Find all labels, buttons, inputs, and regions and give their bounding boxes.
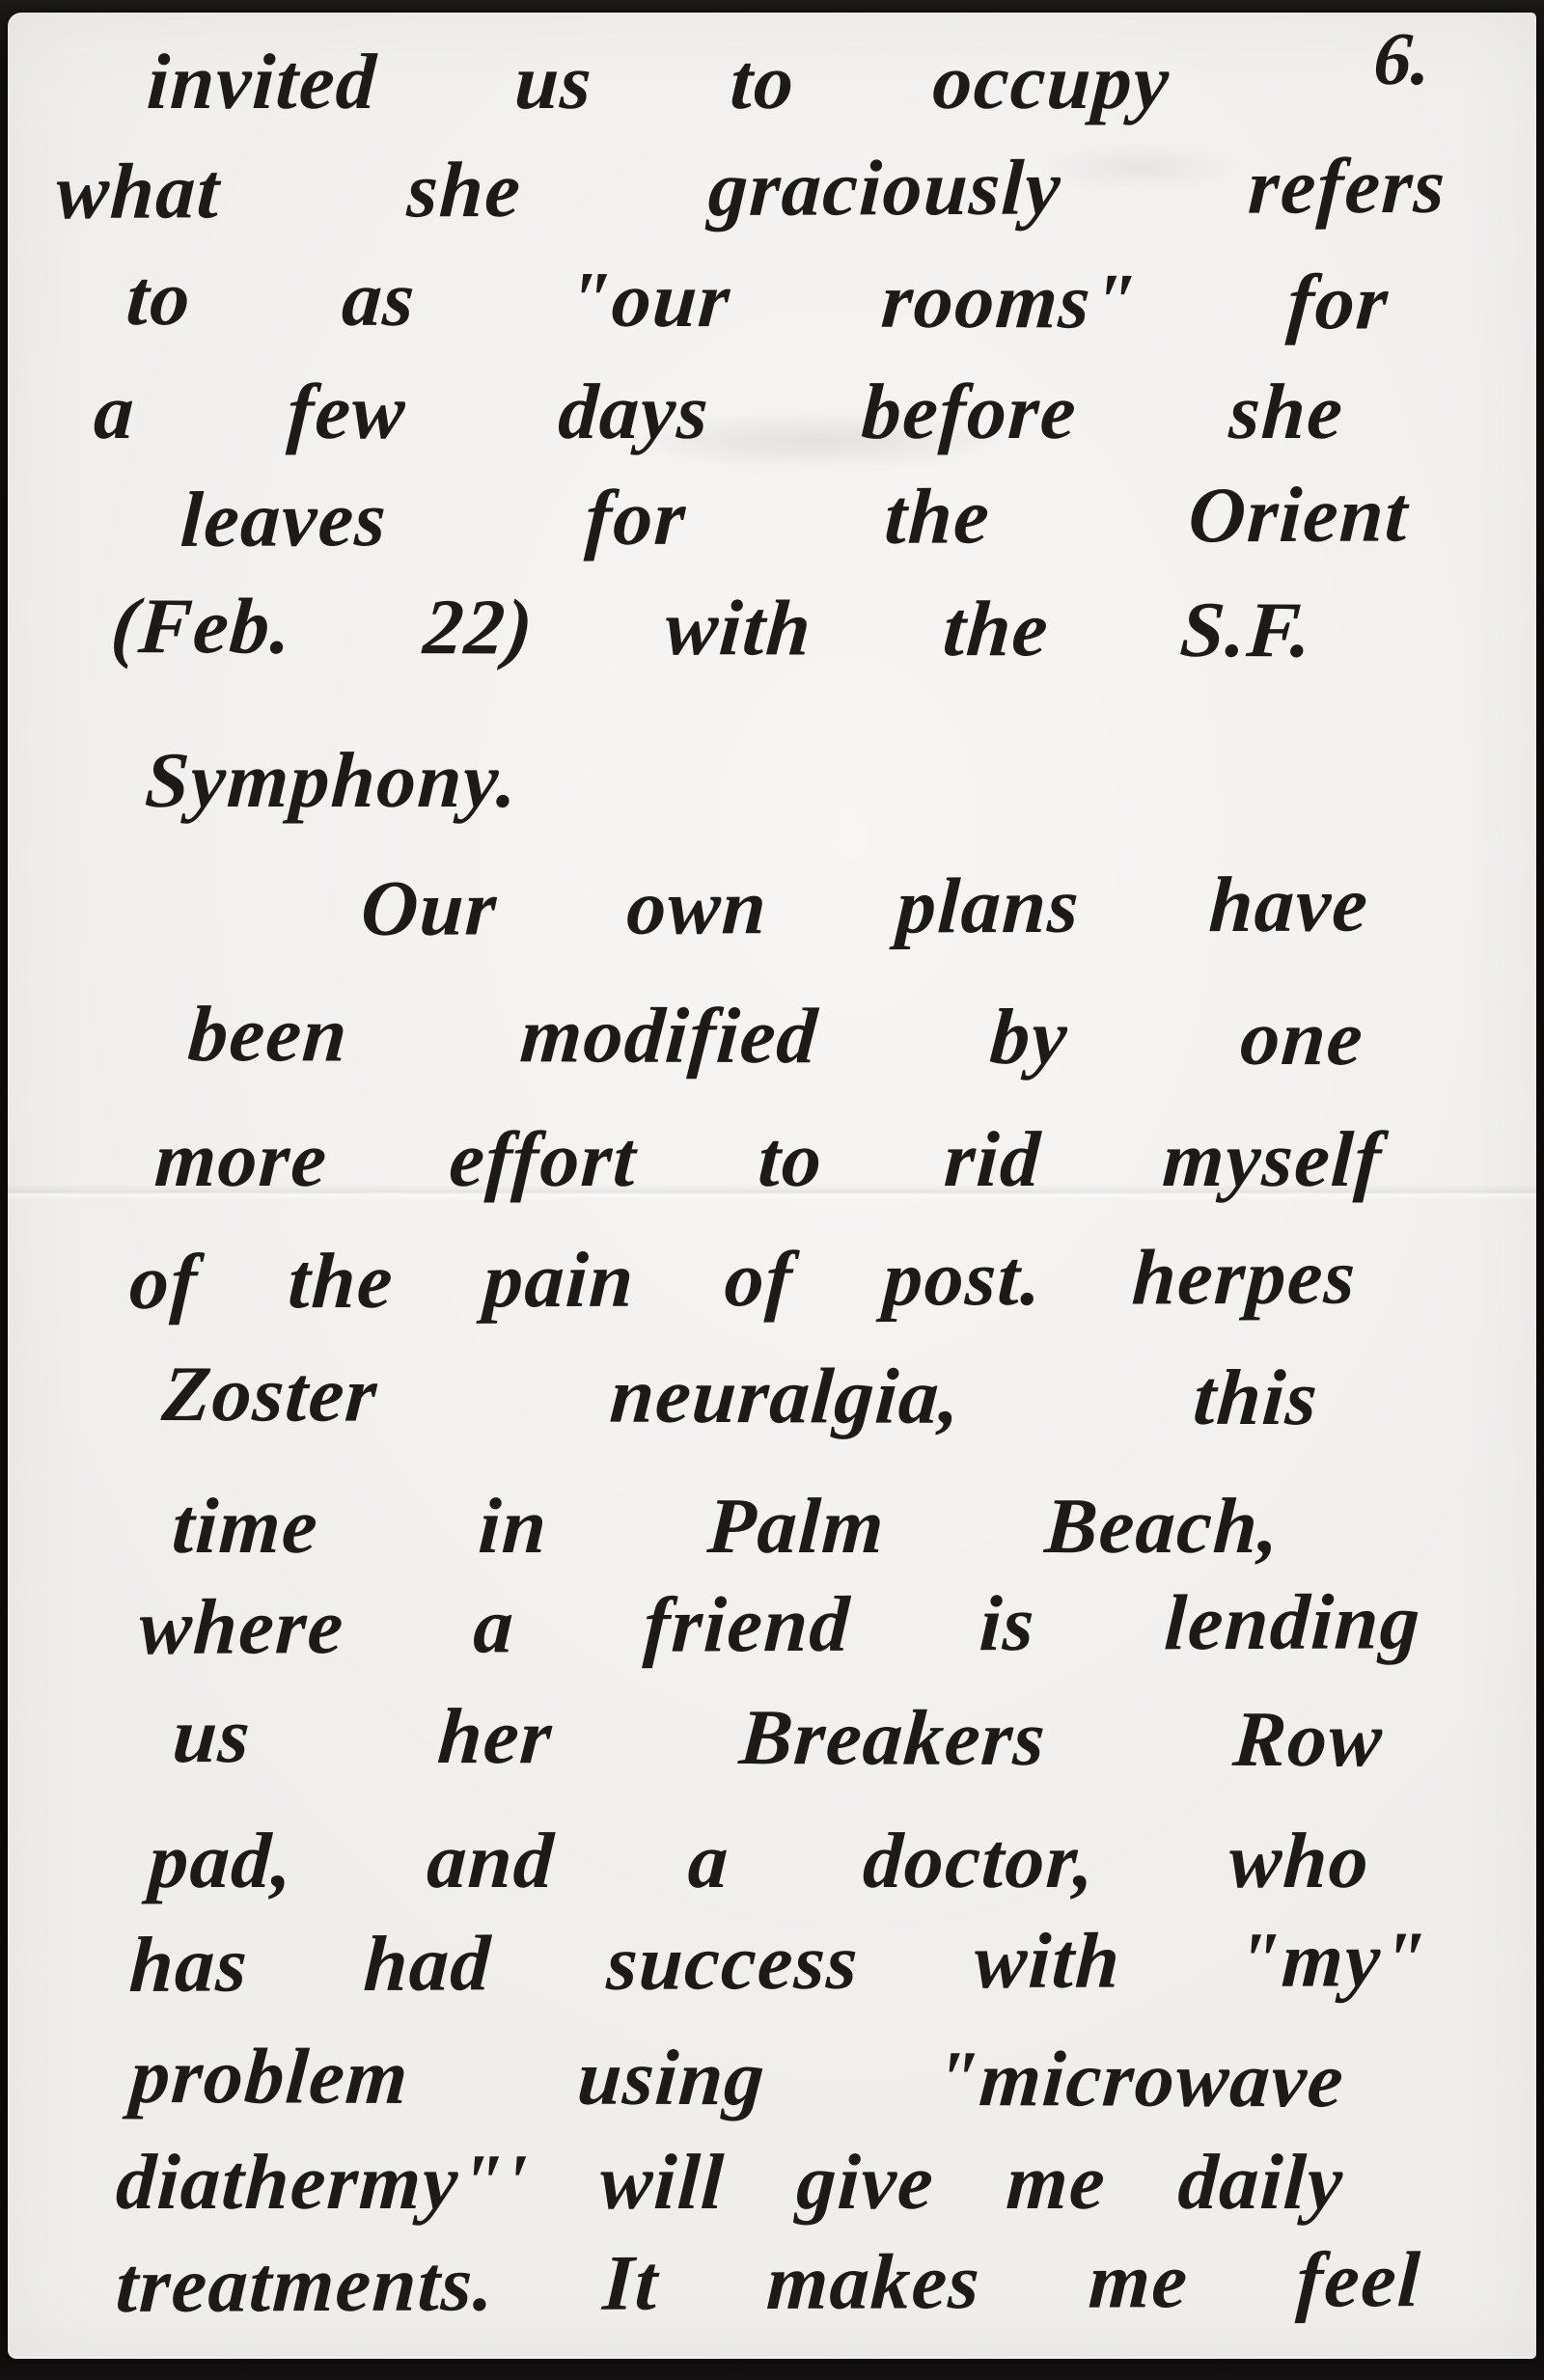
handwriting-line: Symphony. — [143, 735, 520, 826]
letter-scan: 6. invited us to occupy what she graciou… — [0, 0, 1544, 2380]
handwriting-layer: 6. invited us to occupy what she graciou… — [0, 0, 1544, 2380]
handwriting-line: treatments. It makes me feel — [114, 2234, 1423, 2331]
handwriting-line: to as "our rooms" for — [124, 253, 1392, 348]
handwriting-line: of the pain of post. herpes — [127, 1231, 1359, 1327]
handwriting-line: us her Breakers Row — [170, 1690, 1387, 1786]
handwriting-line: been modified by one — [185, 989, 1367, 1084]
handwriting-line: Our own plans have — [359, 859, 1371, 954]
handwriting-line: has had success with "my" — [127, 1914, 1429, 2011]
handwriting-line: time in Palm Beach, — [170, 1481, 1282, 1572]
handwriting-line: invited us to occupy — [145, 37, 1172, 127]
handwriting-line: more effort to rid myself — [152, 1114, 1385, 1205]
handwriting-line: (Feb. 22) with the S.F. — [108, 581, 1316, 676]
handwriting-line: diathermy"' will give me daily — [114, 2137, 1346, 2228]
handwriting-line: a few days before she — [92, 367, 1346, 457]
handwriting-line: Zoster neuralgia, this — [159, 1349, 1322, 1443]
page-number: 6. — [1371, 15, 1434, 102]
handwriting-line: pad, and a doctor, who — [147, 1816, 1372, 1906]
handwriting-line: problem using "microwave — [127, 2031, 1348, 2126]
handwriting-line: where a friend is lending — [137, 1576, 1423, 1673]
handwriting-line: what she graciously refers — [54, 141, 1448, 238]
handwriting-line: leaves for the Orient — [179, 469, 1411, 565]
